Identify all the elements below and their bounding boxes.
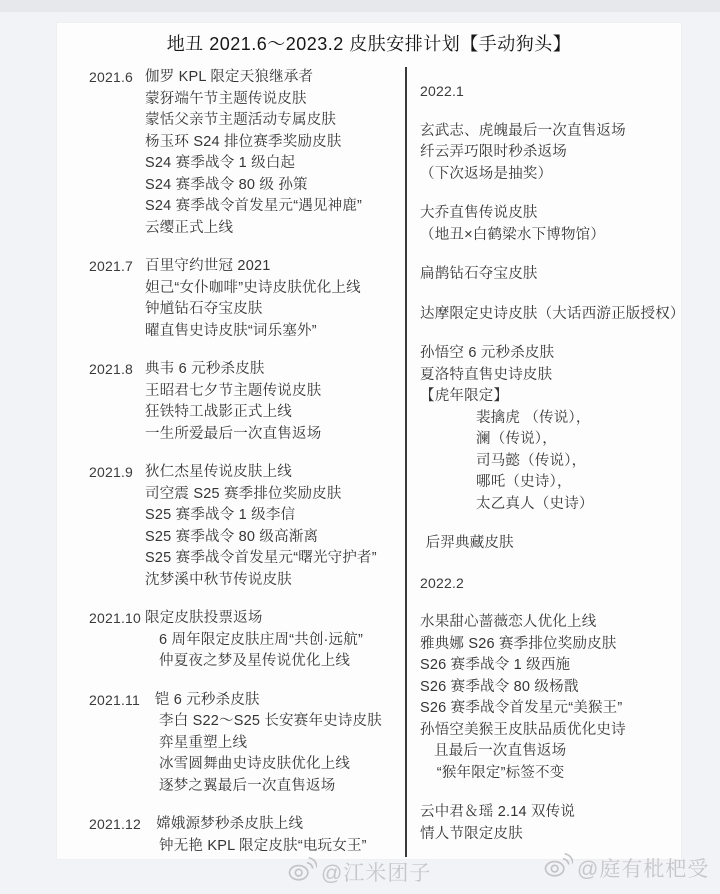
skin-item: 仲夏夜之梦及星传说优化上线 [159, 651, 405, 673]
skin-item: 且最后一次直售返场 [434, 741, 682, 763]
left-column: 2021.6伽罗 KPL 限定天狼继承者蒙犽端午节主题传说皮肤蒙恬父亲节主题活动… [57, 67, 405, 859]
weibo-icon [287, 855, 317, 888]
month-group: 2021.8典韦 6 元秒杀皮肤王昭君七夕节主题传说皮肤狂铁特工战影正式上线一生… [89, 359, 405, 445]
group-items: 嫦娥源梦秒杀皮肤上线钟无艳 KPL 限定皮肤“电玩女王” [145, 814, 405, 857]
skin-item: S24 赛季战令 1 级白起 [145, 153, 405, 175]
skin-item: 狂铁特工战影正式上线 [145, 402, 405, 424]
skin-item: S26 赛季战令 1 级西施 [420, 655, 682, 677]
skin-item: 李白 S22～S25 长安赛年史诗皮肤 [159, 711, 405, 733]
skin-item: 王昭君七夕节主题传说皮肤 [145, 381, 405, 403]
month-label: 2021.10 [89, 608, 145, 673]
month-label: 2021.9 [89, 462, 145, 591]
month-group: 2021.12嫦娥源梦秒杀皮肤上线钟无艳 KPL 限定皮肤“电玩女王” [89, 814, 405, 857]
skin-item: 孙悟空美猴王皮肤品质优化史诗 [420, 720, 682, 742]
group-items: 狄仁杰星传说皮肤上线司空震 S25 赛季排位奖励皮肤S25 赛季战令 1 级李信… [145, 462, 405, 591]
watermark-right-text: @庭有枇杷受 [577, 853, 709, 883]
skin-item: “猴年限定”标签不变 [437, 763, 682, 785]
month-label: 2021.6 [89, 67, 145, 239]
skin-item: 蒙犽端午节主题传说皮肤 [145, 89, 405, 111]
skin-item: 逐梦之翼最后一次直售返场 [159, 776, 405, 798]
skin-item: 钟馗钻石夺宝皮肤 [145, 299, 405, 321]
skin-item: 情人节限定皮肤 [420, 824, 682, 846]
month-label: 2022.2 [420, 573, 682, 595]
skin-item: 云中君＆瑶 2.14 双传说 [420, 802, 682, 824]
page-top-strip [0, 0, 720, 12]
skin-item: 大乔直售传说皮肤 [420, 203, 682, 225]
skin-item: 冰雪圆舞曲史诗皮肤优化上线 [159, 754, 405, 776]
skin-item: 水果甜心蔷薇恋人优化上线 [420, 612, 682, 634]
skin-item: 妲己“女仆咖啡”史诗皮肤优化上线 [145, 278, 405, 300]
skin-item: 雅典娜 S26 赛季排位奖励皮肤 [420, 634, 682, 656]
skin-item: 沈梦溪中秋节传说皮肤 [145, 570, 405, 592]
skin-item: 后羿典藏皮肤 [426, 533, 682, 555]
skin-item: 狄仁杰星传说皮肤上线 [145, 462, 405, 484]
month-label: 2021.8 [89, 359, 145, 445]
skin-item: 云缨正式上线 [145, 218, 405, 240]
skin-item: S26 赛季战令 80 级杨戬 [420, 677, 682, 699]
skin-item: 夏洛特直售史诗皮肤 [420, 365, 682, 387]
skin-item: 百里守约世冠 2021 [145, 256, 405, 278]
month-group: 2021.9狄仁杰星传说皮肤上线司空震 S25 赛季排位奖励皮肤S25 赛季战令… [89, 462, 405, 591]
skin-item: 蒙恬父亲节主题活动专属皮肤 [145, 110, 405, 132]
weibo-icon [543, 851, 573, 884]
skin-item: 杨玉环 S24 排位赛季奖励皮肤 [145, 132, 405, 154]
skin-item: S25 赛季战令首发星元“曙光守护者” [145, 548, 405, 570]
skin-item: 达摩限定史诗皮肤（大话西游正版授权） [420, 304, 682, 326]
skin-item: 铠 6 元秒杀皮肤 [155, 690, 405, 712]
skin-item: 6 周年限定皮肤庄周“共创·远航” [159, 630, 405, 652]
skin-item: 典韦 6 元秒杀皮肤 [145, 359, 405, 381]
skin-item: S24 赛季战令首发星元“遇见神鹿” [145, 196, 405, 218]
skin-item: S25 赛季战令 80 级高渐离 [145, 527, 405, 549]
month-label: 2022.1 [420, 81, 682, 103]
document-title: 地丑 2021.6～2023.2 皮肤安排计划【手动狗头】 [57, 31, 681, 57]
skin-item: 扁鹊钻石夺宝皮肤 [420, 264, 682, 286]
skin-item: 司空震 S25 赛季排位奖励皮肤 [145, 484, 405, 506]
group-items: 伽罗 KPL 限定天狼继承者蒙犽端午节主题传说皮肤蒙恬父亲节主题活动专属皮肤杨玉… [145, 67, 405, 239]
document-columns: 2021.6伽罗 KPL 限定天狼继承者蒙犽端午节主题传说皮肤蒙恬父亲节主题活动… [57, 67, 681, 859]
month-label: 2021.12 [89, 814, 145, 857]
skin-item: （下次返场是抽奖） [420, 164, 682, 186]
month-label: 2021.11 [89, 690, 145, 798]
right-column: 2022.1玄武志、虎魄最后一次直售返场纤云弄巧限时秒杀返场（下次返场是抽奖）大… [407, 67, 682, 859]
skin-item: 【虎年限定】 [420, 386, 682, 408]
watermark-left: @江米团子 [287, 855, 431, 888]
month-group: 2021.6伽罗 KPL 限定天狼继承者蒙犽端午节主题传说皮肤蒙恬父亲节主题活动… [89, 67, 405, 239]
skin-item: 澜（传说）， [476, 429, 682, 451]
month-label: 2021.7 [89, 256, 145, 342]
skin-item: 玄武志、虎魄最后一次直售返场 [420, 121, 682, 143]
skin-item: 嫦娥源梦秒杀皮肤上线 [156, 814, 405, 836]
skin-item: 太乙真人（史诗） [476, 494, 682, 516]
skin-item: 限定皮肤投票返场 [145, 608, 405, 630]
group-items: 百里守约世冠 2021妲己“女仆咖啡”史诗皮肤优化上线钟馗钻石夺宝皮肤曜直售史诗… [145, 256, 405, 342]
month-group: 2021.11铠 6 元秒杀皮肤李白 S22～S25 长安赛年史诗皮肤弈星重塑上… [89, 690, 405, 798]
skin-plan-document: 地丑 2021.6～2023.2 皮肤安排计划【手动狗头】 2021.6伽罗 K… [56, 22, 682, 860]
skin-item: S25 赛季战令 1 级李信 [145, 505, 405, 527]
skin-item: 伽罗 KPL 限定天狼继承者 [145, 67, 405, 89]
skin-item: S26 赛季战令首发星元“美猴王” [420, 698, 682, 720]
group-items: 典韦 6 元秒杀皮肤王昭君七夕节主题传说皮肤狂铁特工战影正式上线一生所爱最后一次… [145, 359, 405, 445]
watermark-right: @庭有枇杷受 [543, 851, 709, 884]
skin-item: 哪吒（史诗）， [476, 472, 682, 494]
skin-item: 裴擒虎 （传说）， [476, 408, 682, 430]
watermark-left-text: @江米团子 [321, 857, 431, 887]
skin-item: （地丑×白鹤梁水下博物馆） [420, 225, 682, 247]
skin-item: 钟无艳 KPL 限定皮肤“电玩女王” [159, 836, 405, 858]
skin-item: 纤云弄巧限时秒杀返场 [420, 142, 682, 164]
skin-item: 孙悟空 6 元秒杀皮肤 [420, 343, 682, 365]
group-items: 铠 6 元秒杀皮肤李白 S22～S25 长安赛年史诗皮肤弈星重塑上线冰雪圆舞曲史… [145, 690, 405, 798]
skin-item: S24 赛季战令 80 级 孙策 [145, 175, 405, 197]
skin-item: 一生所爱最后一次直售返场 [145, 424, 405, 446]
skin-item: 曜直售史诗皮肤“词乐塞外” [145, 321, 405, 343]
skin-item: 司马懿（传说）， [476, 451, 682, 473]
group-items: 限定皮肤投票返场6 周年限定皮肤庄周“共创·远航”仲夏夜之梦及星传说优化上线 [145, 608, 405, 673]
month-group: 2021.10限定皮肤投票返场6 周年限定皮肤庄周“共创·远航”仲夏夜之梦及星传… [89, 608, 405, 673]
skin-item: 弈星重塑上线 [159, 733, 405, 755]
month-group: 2021.7百里守约世冠 2021妲己“女仆咖啡”史诗皮肤优化上线钟馗钻石夺宝皮… [89, 256, 405, 342]
